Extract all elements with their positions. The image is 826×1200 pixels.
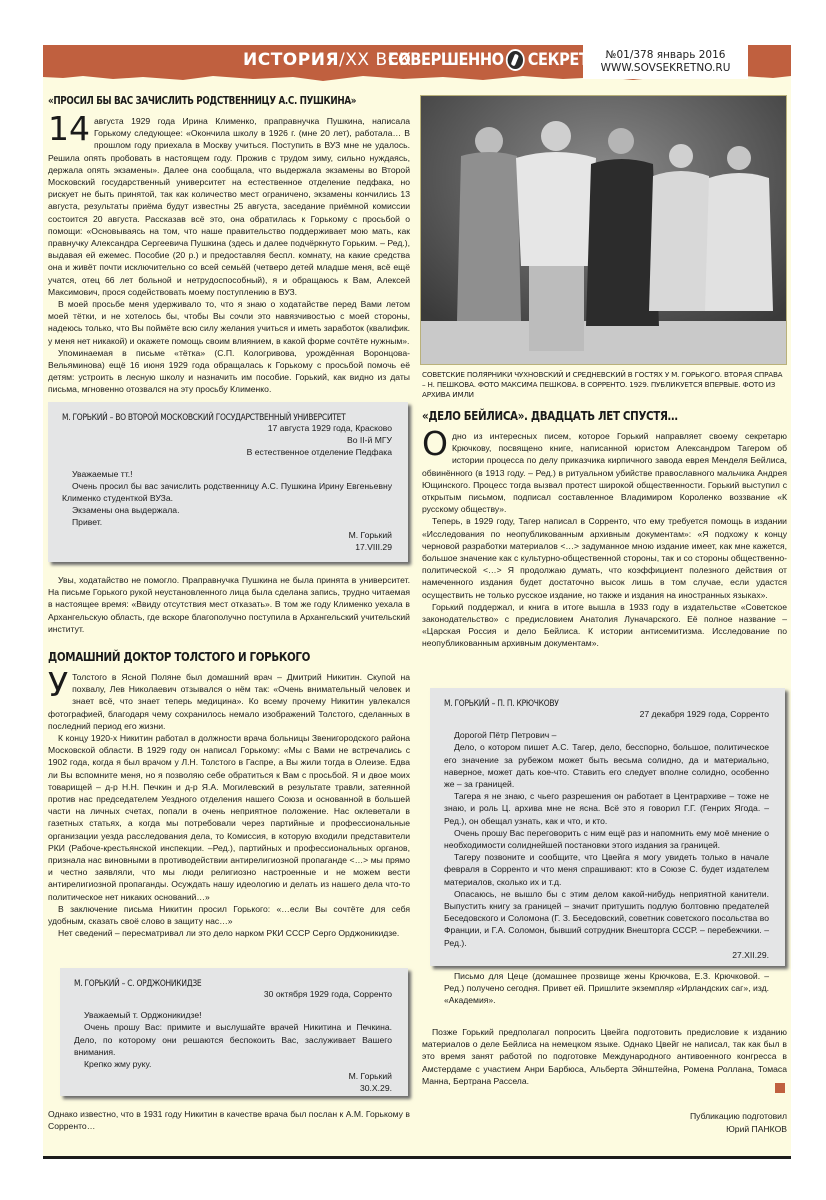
article-headline: «ДЕЛО БЕЙЛИСА». ДВАДЦАТЬ ЛЕТ СПУСТЯ… xyxy=(422,409,736,423)
newspaper-logo: СОВЕРШЕННО СЕКРЕТНО xyxy=(388,48,612,72)
article-paragraph: УТолстого в Ясной Поляне был домашний вр… xyxy=(48,671,410,732)
credit-author: Юрий ПАНКОВ xyxy=(560,1123,787,1136)
letter-body: Очень прошу Вас переговорить с ним ещё р… xyxy=(444,827,769,851)
publication-credit: Публикацию подготовил Юрий ПАНКОВ xyxy=(560,1110,787,1135)
logo-text-left: СОВЕРШЕННО xyxy=(388,50,504,70)
article-doctor: ДОМАШНИЙ ДОКТОР ТОЛСТОГО И ГОРЬКОГО УТол… xyxy=(48,650,410,939)
drop-cap: О xyxy=(422,431,448,457)
article-beilis-conclusion: Позже Горький предполагал попросить Цвей… xyxy=(422,1026,787,1087)
article-doctor-conclusion: Однако известно, что в 1931 году Никитин… xyxy=(48,1108,410,1132)
historical-photo xyxy=(420,95,787,365)
article-headline: «ПРОСИЛ БЫ ВАС ЗАЧИСЛИТЬ РОДСТВЕННИЦУ А.… xyxy=(48,96,359,107)
photo-caption: Советские полярники Чухновский и Среднев… xyxy=(422,370,787,400)
article-pushkin-conclusion: Увы, ходатайство не помогло. Праправнучк… xyxy=(48,574,410,635)
letter-signature-date: 17.VIII.29 xyxy=(62,541,392,553)
article-paragraph: К концу 1920-х Никитин работал в должнос… xyxy=(48,732,410,903)
letter-box-ordzhonikidze: М. ГОРЬКИЙ – С. ОРДЖОНИКИДЗЕ 30 октября … xyxy=(60,968,408,1096)
issue-info-box: №01/378 январь 2016 WWW.SOVSEKRETNO.RU xyxy=(583,45,748,79)
letter-date: 17 августа 1929 года, Красково xyxy=(62,422,392,434)
article-paragraph: Теперь, в 1929 году, Тагер написал в Сор… xyxy=(422,515,787,600)
letter-signature-date: 30.Х.29. xyxy=(74,1082,392,1094)
paragraph-text: дно из интересных писем, которое Горький… xyxy=(422,431,787,514)
paragraph-text: Толстого в Ясной Поляне был домашний вра… xyxy=(48,672,410,731)
article-paragraph: Однако известно, что в 1931 году Никитин… xyxy=(48,1108,410,1132)
paragraph-text: августа 1929 года Ирина Клименко, прапра… xyxy=(48,116,410,297)
letter-box-kryuchkov: М. ГОРЬКИЙ – П. П. КРЮЧКОВУ 27 декабря 1… xyxy=(430,688,785,966)
letter-body: Экзамены она выдержала. xyxy=(62,504,392,516)
letter-box-university: М. ГОРЬКИЙ – ВО ВТОРОЙ МОСКОВСКИЙ ГОСУДА… xyxy=(48,402,408,562)
article-paragraph: В заключение письма Никитин просил Горьк… xyxy=(48,903,410,927)
letter-body: Очень прошу Вас: примите и выслушайте вр… xyxy=(74,1021,392,1058)
article-headline: ДОМАШНИЙ ДОКТОР ТОЛСТОГО И ГОРЬКОГО xyxy=(48,650,359,664)
letter-body: Дело, о котором пишет А.С. Тагер, дело, … xyxy=(444,741,769,790)
page-number: 33 xyxy=(795,49,820,70)
letter-body: Опасаюсь, не вышло бы с этим делом какой… xyxy=(444,888,769,949)
end-of-article-marker xyxy=(775,1083,785,1093)
section-label: ИСТОРИЯ/ХХ ВЕК xyxy=(243,50,411,70)
letter-body: Тагеру позвоните и сообщите, что Цвейга … xyxy=(444,851,769,888)
logo-emblem-icon xyxy=(506,49,525,71)
letter-signature-date: 27.XII.29. xyxy=(444,949,769,961)
article-beilis: «ДЕЛО БЕЙЛИСА». ДВАДЦАТЬ ЛЕТ СПУСТЯ… Одн… xyxy=(422,409,787,650)
letter-date: 30 октября 1929 года, Сорренто xyxy=(74,988,392,1000)
letter-postscript: Письмо для Цеце (домашнее прозвище жены … xyxy=(444,970,769,1007)
issue-number: №01/378 январь 2016 xyxy=(583,49,748,62)
letter-body: Привет. xyxy=(62,516,392,528)
article-paragraph: Горький поддержал, и книга в итоге вышла… xyxy=(422,601,787,650)
bottom-divider xyxy=(43,1156,791,1159)
letter-address: В естественное отделение Педфака xyxy=(62,446,392,458)
article-paragraph: Упоминаемая в письме «тётка» (С.П. Колог… xyxy=(48,347,410,396)
letter-greeting: Уважаемые тт.! xyxy=(62,468,392,480)
credit-label: Публикацию подготовил xyxy=(560,1110,787,1123)
letter-title: М. ГОРЬКИЙ – П. П. КРЮЧКОВУ xyxy=(444,698,737,708)
website-link[interactable]: WWW.SOVSEKRETNO.RU xyxy=(583,62,748,75)
letter-greeting: Дорогой Пётр Петрович – xyxy=(444,729,769,741)
letter-closing: Крепко жму руку. xyxy=(74,1058,392,1070)
article-paragraph: Увы, ходатайство не помогло. Праправнучк… xyxy=(48,574,410,635)
letter-title: М. ГОРЬКИЙ – С. ОРДЖОНИКИДЗЕ xyxy=(74,978,360,988)
letter-signature: М. Горький xyxy=(74,1070,392,1082)
article-paragraph: 14августа 1929 года Ирина Клименко, прап… xyxy=(48,115,410,298)
article-paragraph: В моей просьбе меня удерживало то, что я… xyxy=(48,298,410,347)
letter-title: М. ГОРЬКИЙ – ВО ВТОРОЙ МОСКОВСКИЙ ГОСУДА… xyxy=(62,412,359,422)
letter-greeting: Уважаемый т. Орджоникидзе! xyxy=(74,1009,392,1021)
drop-cap: У xyxy=(48,672,68,698)
article-paragraph: Одно из интересных писем, которое Горьки… xyxy=(422,430,787,515)
drop-cap: 14 xyxy=(48,116,90,142)
article-paragraph: Позже Горький предполагал попросить Цвей… xyxy=(422,1026,787,1087)
photo-illustration xyxy=(421,96,787,365)
letter-address: Во II-й МГУ xyxy=(62,434,392,446)
article-paragraph: Нет сведений – пересматривал ли это дело… xyxy=(48,927,410,939)
letter-signature: М. Горький xyxy=(62,529,392,541)
letter-date: 27 декабря 1929 года, Сорренто xyxy=(444,708,769,720)
article-pushkin: «ПРОСИЛ БЫ ВАС ЗАЧИСЛИТЬ РОДСТВЕННИЦУ А.… xyxy=(48,96,410,396)
section-label-bold: ИСТОРИЯ xyxy=(243,50,339,70)
letter-body: Очень просил бы вас зачислить родственни… xyxy=(62,480,392,504)
letter-body: Тагера я не знаю, с чьего разрешения он … xyxy=(444,790,769,827)
